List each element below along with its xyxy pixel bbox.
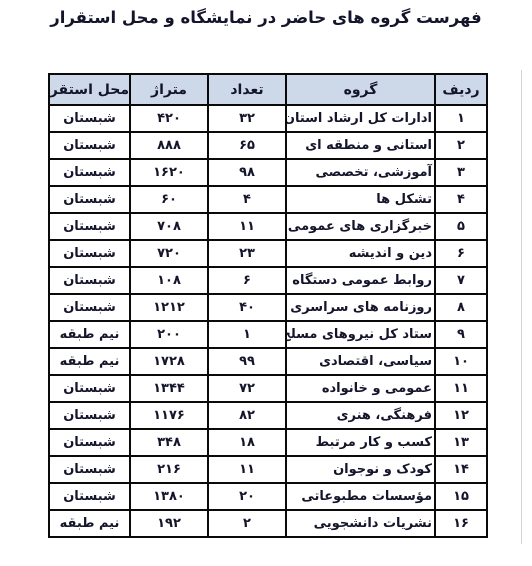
cell-count: ۱	[208, 321, 286, 348]
cell-location: نیم طبقه	[49, 321, 130, 348]
table-row: ۲استانی و منطقه ای۶۵۸۸۸شبستان	[49, 132, 487, 159]
cell-row_no: ۳	[435, 159, 487, 186]
cell-area: ۱۱۷۶	[130, 402, 208, 429]
cell-count: ۴۰	[208, 294, 286, 321]
cell-count: ۶۵	[208, 132, 286, 159]
cell-group: ادارات کل ارشاد استان ها	[286, 105, 435, 132]
cell-location: نیم طبقه	[49, 348, 130, 375]
cell-group: روزنامه های سراسری	[286, 294, 435, 321]
cell-area: ۷۲۰	[130, 240, 208, 267]
table-row: ۱۵مؤسسات مطبوعاتی۲۰۱۳۸۰شبستان	[49, 483, 487, 510]
cell-location: شبستان	[49, 402, 130, 429]
table-row: ۳آموزشی، تخصصی۹۸۱۶۲۰شبستان	[49, 159, 487, 186]
table-row: ۹ستاد کل نیروهای مسلح۱۲۰۰نیم طبقه	[49, 321, 487, 348]
cell-count: ۱۱	[208, 456, 286, 483]
scan-artifact-line	[521, 70, 522, 544]
cell-count: ۲۳	[208, 240, 286, 267]
cell-count: ۷۲	[208, 375, 286, 402]
cell-area: ۲۱۶	[130, 456, 208, 483]
column-header-count: تعداد	[208, 74, 286, 105]
page: فهرست گروه های حاضر در نمایشگاه و محل اس…	[0, 0, 532, 566]
cell-row_no: ۷	[435, 267, 487, 294]
cell-row_no: ۱۲	[435, 402, 487, 429]
cell-count: ۸۲	[208, 402, 286, 429]
table-row: ۴تشکل ها۴۶۰شبستان	[49, 186, 487, 213]
cell-group: فرهنگی، هنری	[286, 402, 435, 429]
cell-location: شبستان	[49, 132, 130, 159]
cell-location: شبستان	[49, 240, 130, 267]
cell-group: عمومی و خانواده	[286, 375, 435, 402]
cell-area: ۱۶۲۰	[130, 159, 208, 186]
cell-count: ۱۸	[208, 429, 286, 456]
table-body: ۱ادارات کل ارشاد استان ها۳۲۴۲۰شبستان۲است…	[49, 105, 487, 537]
table-row: ۱۳کسب و کار مرتبط۱۸۳۴۸شبستان	[49, 429, 487, 456]
cell-area: ۱۹۲	[130, 510, 208, 537]
table-row: ۷روابط عمومی دستگاه ها۶۱۰۸شبستان	[49, 267, 487, 294]
cell-row_no: ۸	[435, 294, 487, 321]
cell-area: ۴۲۰	[130, 105, 208, 132]
column-header-group: گروه	[286, 74, 435, 105]
table-row: ۱۴کودک و نوجوان۱۱۲۱۶شبستان	[49, 456, 487, 483]
cell-group: تشکل ها	[286, 186, 435, 213]
cell-row_no: ۶	[435, 240, 487, 267]
page-title: فهرست گروه های حاضر در نمایشگاه و محل اس…	[0, 8, 532, 27]
column-header-location: محل استقرار	[49, 74, 130, 105]
cell-group: مؤسسات مطبوعاتی	[286, 483, 435, 510]
cell-area: ۱۳۸۰	[130, 483, 208, 510]
groups-table: ردیفگروهتعدادمتراژمحل استقرار ۱ادارات کل…	[48, 73, 488, 538]
cell-group: نشریات دانشجویی	[286, 510, 435, 537]
column-header-area: متراژ	[130, 74, 208, 105]
cell-row_no: ۲	[435, 132, 487, 159]
cell-area: ۲۰۰	[130, 321, 208, 348]
table-row: ۵خبرگزاری های عمومی۱۱۷۰۸شبستان	[49, 213, 487, 240]
cell-area: ۱۲۱۲	[130, 294, 208, 321]
cell-location: شبستان	[49, 105, 130, 132]
cell-group: کسب و کار مرتبط	[286, 429, 435, 456]
cell-location: شبستان	[49, 456, 130, 483]
cell-location: شبستان	[49, 375, 130, 402]
cell-area: ۳۴۸	[130, 429, 208, 456]
cell-location: نیم طبقه	[49, 510, 130, 537]
cell-row_no: ۱	[435, 105, 487, 132]
cell-group: سیاسی، اقتصادی	[286, 348, 435, 375]
cell-row_no: ۱۱	[435, 375, 487, 402]
cell-group: روابط عمومی دستگاه ها	[286, 267, 435, 294]
cell-count: ۲	[208, 510, 286, 537]
cell-count: ۳۲	[208, 105, 286, 132]
cell-row_no: ۴	[435, 186, 487, 213]
table-row: ۱۰سیاسی، اقتصادی۹۹۱۷۲۸نیم طبقه	[49, 348, 487, 375]
table-row: ۱۱عمومی و خانواده۷۲۱۳۴۴شبستان	[49, 375, 487, 402]
table-row: ۸روزنامه های سراسری۴۰۱۲۱۲شبستان	[49, 294, 487, 321]
cell-location: شبستان	[49, 483, 130, 510]
cell-area: ۱۷۲۸	[130, 348, 208, 375]
cell-group: آموزشی، تخصصی	[286, 159, 435, 186]
table-row: ۶دین و اندیشه۲۳۷۲۰شبستان	[49, 240, 487, 267]
cell-count: ۲۰	[208, 483, 286, 510]
cell-location: شبستان	[49, 213, 130, 240]
cell-count: ۹۸	[208, 159, 286, 186]
cell-location: شبستان	[49, 267, 130, 294]
cell-count: ۶	[208, 267, 286, 294]
cell-count: ۱۱	[208, 213, 286, 240]
table-row: ۱ادارات کل ارشاد استان ها۳۲۴۲۰شبستان	[49, 105, 487, 132]
cell-row_no: ۱۴	[435, 456, 487, 483]
cell-row_no: ۵	[435, 213, 487, 240]
cell-area: ۸۸۸	[130, 132, 208, 159]
cell-location: شبستان	[49, 429, 130, 456]
cell-group: استانی و منطقه ای	[286, 132, 435, 159]
cell-area: ۶۰	[130, 186, 208, 213]
cell-area: ۱۳۴۴	[130, 375, 208, 402]
table-row: ۱۲فرهنگی، هنری۸۲۱۱۷۶شبستان	[49, 402, 487, 429]
cell-location: شبستان	[49, 294, 130, 321]
cell-location: شبستان	[49, 159, 130, 186]
column-header-row_no: ردیف	[435, 74, 487, 105]
table-row: ۱۶نشریات دانشجویی۲۱۹۲نیم طبقه	[49, 510, 487, 537]
cell-area: ۱۰۸	[130, 267, 208, 294]
cell-group: کودک و نوجوان	[286, 456, 435, 483]
cell-count: ۴	[208, 186, 286, 213]
cell-group: دین و اندیشه	[286, 240, 435, 267]
cell-location: شبستان	[49, 186, 130, 213]
header-row: ردیفگروهتعدادمتراژمحل استقرار	[49, 74, 487, 105]
cell-row_no: ۱۶	[435, 510, 487, 537]
cell-row_no: ۱۰	[435, 348, 487, 375]
cell-row_no: ۱۳	[435, 429, 487, 456]
cell-row_no: ۱۵	[435, 483, 487, 510]
cell-area: ۷۰۸	[130, 213, 208, 240]
cell-group: ستاد کل نیروهای مسلح	[286, 321, 435, 348]
cell-count: ۹۹	[208, 348, 286, 375]
cell-group: خبرگزاری های عمومی	[286, 213, 435, 240]
cell-row_no: ۹	[435, 321, 487, 348]
